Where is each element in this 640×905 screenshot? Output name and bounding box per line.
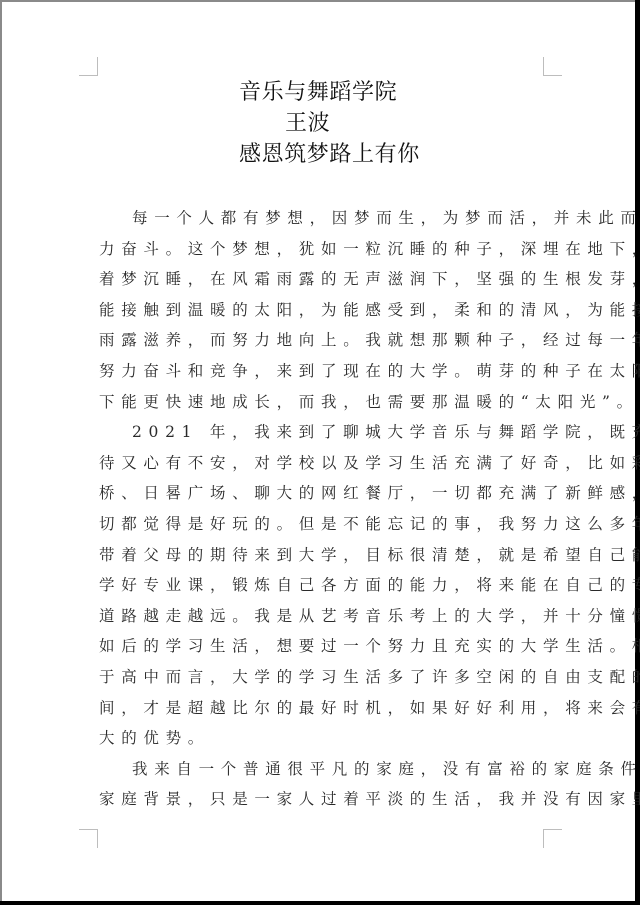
paragraph-2: 2021 年，我来到了聊城大学音乐与舞蹈学院，既充满期 待又心有不安，对学校以及… xyxy=(99,417,549,754)
crop-mark-top-right xyxy=(543,57,562,76)
paragraph-3: 我来自一个普通很平凡的家庭，没有富裕的家庭条件和 家庭背景，只是一家人过着平淡的… xyxy=(99,754,549,815)
document-page: 音乐与舞蹈学院 王波 感恩筑梦路上有你 每一个人都有梦想，因梦而生，为梦而活，并… xyxy=(0,0,635,901)
text-line: 切都觉得是好玩的。但是不能忘记的事，我努力这么多年， xyxy=(99,509,549,540)
text-line: 待又心有不安，对学校以及学习生活充满了好奇，比如彩虹 xyxy=(99,448,549,479)
text-line: 如后的学习生活，想要过一个努力且充实的大学生活。相对 xyxy=(99,631,549,662)
text-line: 桥、日晷广场、聊大的网红餐厅，一切都充满了新鲜感，一 xyxy=(99,478,549,509)
text-line: 每一个人都有梦想，因梦而生，为梦而活，并未此而努 xyxy=(99,203,549,234)
text-line: 雨露滋养，而努力地向上。我就想那颗种子，经过每一年的 xyxy=(99,325,549,356)
text-line: 带着父母的期待来到大学，目标很清楚，就是希望自己能够 xyxy=(99,540,549,571)
text-line: 努力奋斗和竞争，来到了现在的大学。萌芽的种子在太阳之 xyxy=(99,356,549,387)
text-line: 能接触到温暖的太阳，为能感受到，柔和的清风，为能接受 xyxy=(99,295,549,326)
crop-mark-top-left xyxy=(79,57,98,76)
title-college: 音乐与舞蹈学院 xyxy=(239,78,397,108)
crop-mark-bottom-right xyxy=(543,829,562,848)
text-line: 间，才是超越比尔的最好时机，如果好好利用，将来会有很 xyxy=(99,693,549,724)
text-line: 2021 年，我来到了聊城大学音乐与舞蹈学院，既充满期 xyxy=(99,417,549,448)
title-author: 王波 xyxy=(285,109,330,139)
crop-mark-bottom-left xyxy=(79,829,98,848)
text-line: 力奋斗。这个梦想，犹如一粒沉睡的种子，深埋在地下，怀 xyxy=(99,234,549,265)
text-line: 我来自一个普通很平凡的家庭，没有富裕的家庭条件和 xyxy=(99,754,549,785)
text-line: 道路越走越远。我是从艺考音乐考上的大学，并十分憧憬着 xyxy=(99,601,549,632)
text-line: 下能更快速地成长，而我，也需要那温暖的“太阳光”。 xyxy=(99,387,549,418)
text-line: 于高中而言，大学的学习生活多了许多空闲的自由支配的时 xyxy=(99,662,549,693)
text-line: 大的优势。 xyxy=(99,723,549,754)
text-line: 学好专业课，锻炼自己各方面的能力，将来能在自己的专业 xyxy=(99,570,549,601)
text-line: 着梦沉睡，在风霜雨露的无声滋润下，坚强的生根发芽，为 xyxy=(99,264,549,295)
paragraph-1: 每一个人都有梦想，因梦而生，为梦而活，并未此而努 力奋斗。这个梦想，犹如一粒沉睡… xyxy=(99,203,549,417)
essay-body: 每一个人都有梦想，因梦而生，为梦而活，并未此而努 力奋斗。这个梦想，犹如一粒沉睡… xyxy=(99,203,549,815)
text-line: 家庭背景，只是一家人过着平淡的生活，我并没有因家里条 xyxy=(99,784,549,815)
title-essay: 感恩筑梦路上有你 xyxy=(239,140,420,170)
